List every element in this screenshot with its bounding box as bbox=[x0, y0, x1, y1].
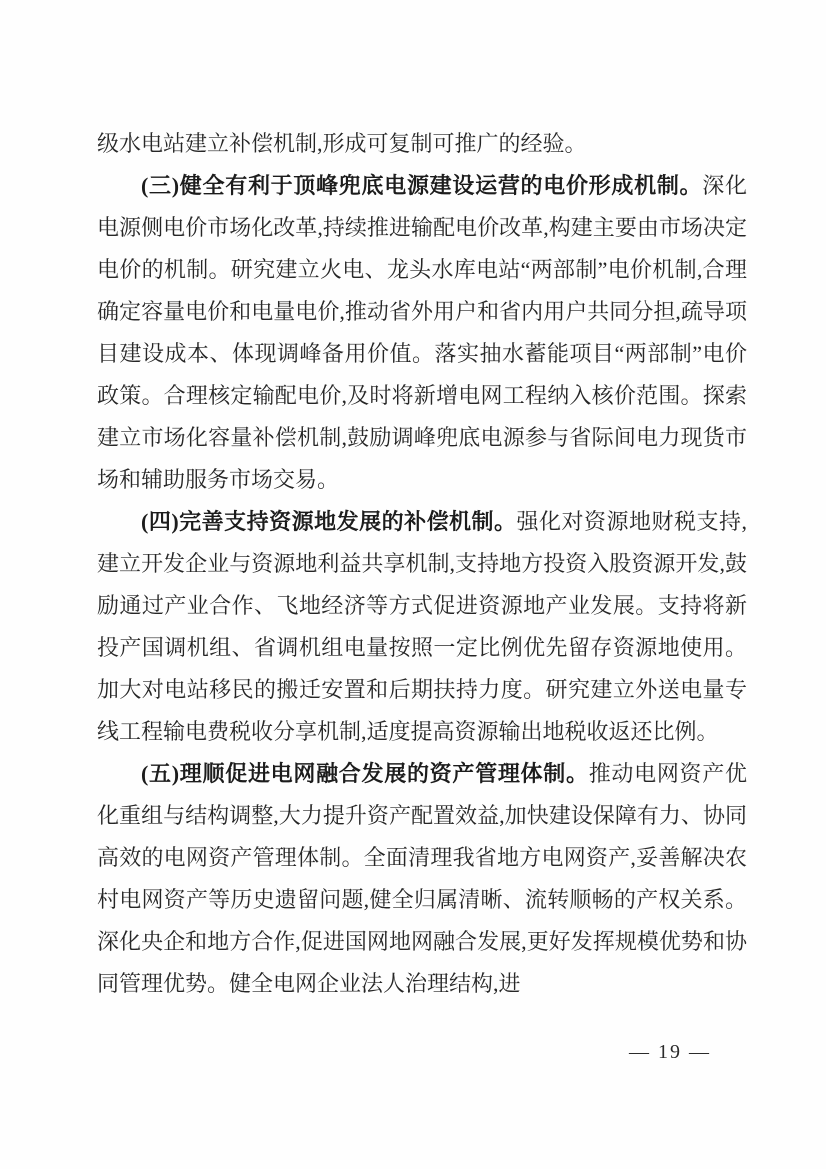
paragraph-section-5: (五)理顺促进电网融合发展的资产管理体制。推动电网资产优化重组与结构调整,大力提… bbox=[97, 753, 747, 1005]
page-number: — 19 — bbox=[600, 1041, 740, 1064]
section-4-heading: (四)完善支持资源地发展的补偿机制。 bbox=[141, 509, 517, 534]
section-3-heading: (三)健全有利于顶峰兜底电源建设运营的电价形成机制。 bbox=[141, 173, 702, 198]
section-3-body: 深化电源侧电价市场化改革,持续推进输配电价改革,构建主要由市场决定电价的机制。研… bbox=[97, 173, 747, 492]
document-page: 级水电站建立补偿机制,形成可复制可推广的经验。 (三)健全有利于顶峰兜底电源建设… bbox=[0, 0, 826, 1169]
paragraph-continuation: 级水电站建立补偿机制,形成可复制可推广的经验。 bbox=[97, 123, 747, 165]
document-body: 级水电站建立补偿机制,形成可复制可推广的经验。 (三)健全有利于顶峰兜底电源建设… bbox=[97, 123, 747, 1005]
section-5-heading: (五)理顺促进电网融合发展的资产管理体制。 bbox=[141, 761, 589, 786]
section-5-body: 推动电网资产优化重组与结构调整,大力提升资产配置效益,加快建设保障有力、协同高效… bbox=[97, 761, 747, 996]
paragraph-section-4: (四)完善支持资源地发展的补偿机制。强化对资源地财税支持,建立开发企业与资源地利… bbox=[97, 501, 747, 753]
section-4-body: 强化对资源地财税支持,建立开发企业与资源地利益共享机制,支持地方投资入股资源开发… bbox=[97, 509, 747, 744]
paragraph-section-3: (三)健全有利于顶峰兜底电源建设运营的电价形成机制。深化电源侧电价市场化改革,持… bbox=[97, 165, 747, 501]
